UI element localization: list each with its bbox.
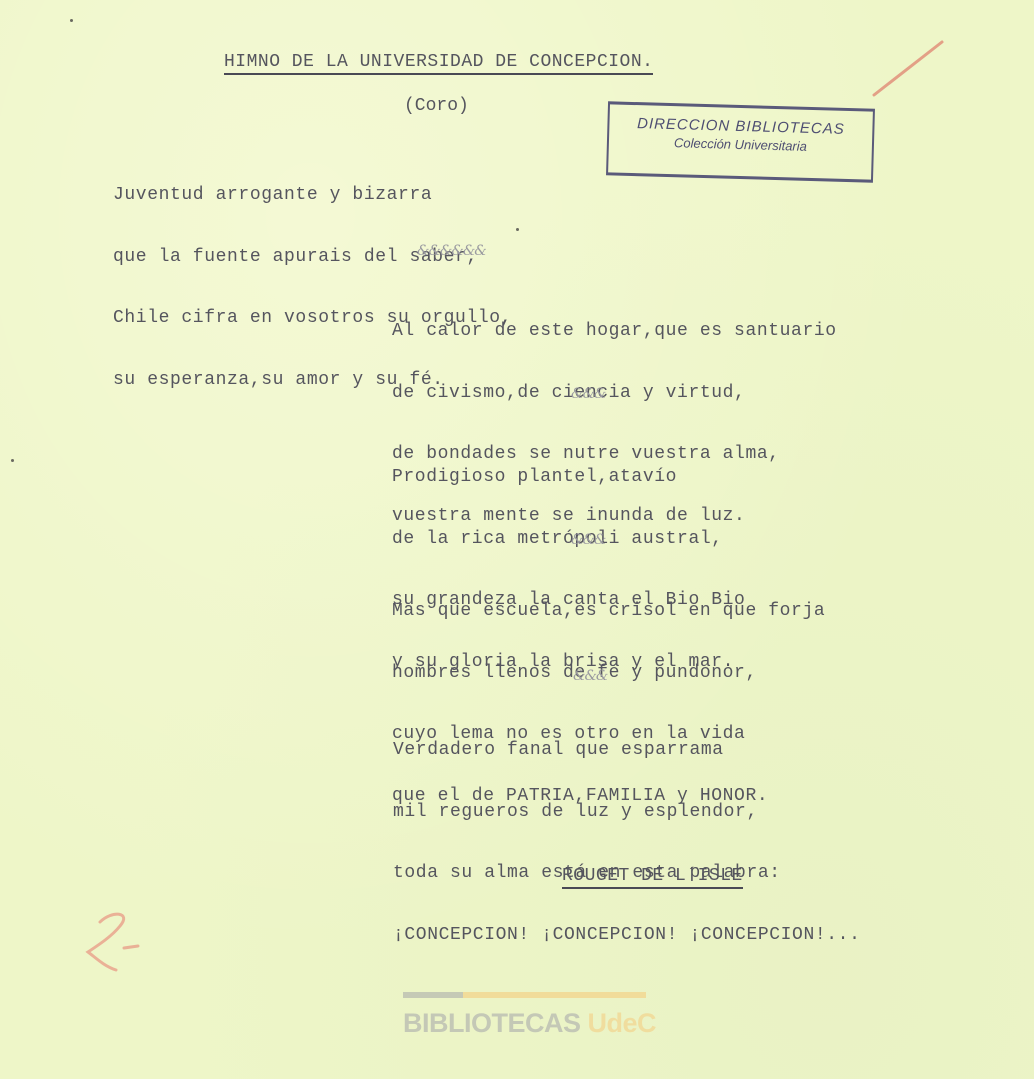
verse-line: de la rica metrópoli austral, <box>392 529 745 550</box>
verse-line: mil regueros de luz y esplendor, <box>393 802 860 823</box>
stanza-separator: &&& <box>573 668 607 684</box>
paper-speck <box>11 459 14 462</box>
stanza-separator: &&&&&& <box>417 243 486 259</box>
stanza-separator: &&& <box>571 532 605 548</box>
bibliotecas-udec-watermark: BIBLIOTECAS UdeC <box>403 992 646 1039</box>
stanza-5: Verdadero fanal que esparrama mil reguer… <box>393 699 860 986</box>
library-stamp: DIRECCION BIBLIOTECAS Colección Universi… <box>606 101 875 182</box>
scanned-page: HIMNO DE LA UNIVERSIDAD DE CONCEPCION. (… <box>0 0 1034 1079</box>
verse-line: Juventud arrogante y bizarra <box>113 185 512 206</box>
verse-line: Prodigioso plantel,atavío <box>392 467 745 488</box>
pencil-stroke-mark <box>860 30 960 110</box>
chorus-label: (Coro) <box>404 96 469 116</box>
verse-line: de civismo,de ciencia y virtud, <box>392 383 837 404</box>
author-signature: ROUGET DE L´ISLE <box>562 866 743 889</box>
watermark-part-2: UdeC <box>588 1008 657 1038</box>
document-title: HIMNO DE LA UNIVERSIDAD DE CONCEPCION. <box>224 52 653 75</box>
watermark-bar <box>403 992 646 998</box>
paper-speck <box>70 19 73 22</box>
verse-line: hombres llenos de fé y pundonor, <box>392 663 825 684</box>
verse-line: Al calor de este hogar,que es santuario <box>392 321 837 342</box>
verse-line: Mas que escuela,es crisol en que forja <box>392 601 825 622</box>
verse-line: Verdadero fanal que esparrama <box>393 740 860 761</box>
stanza-separator: &&& <box>571 386 605 402</box>
verse-line: ¡CONCEPCION! ¡CONCEPCION! ¡CONCEPCION!..… <box>393 925 860 946</box>
watermark-part-1: BIBLIOTECAS <box>403 1008 581 1038</box>
watermark-text: BIBLIOTECAS UdeC <box>403 1008 646 1039</box>
page-number-mark <box>60 900 160 980</box>
paper-speck <box>516 228 519 231</box>
